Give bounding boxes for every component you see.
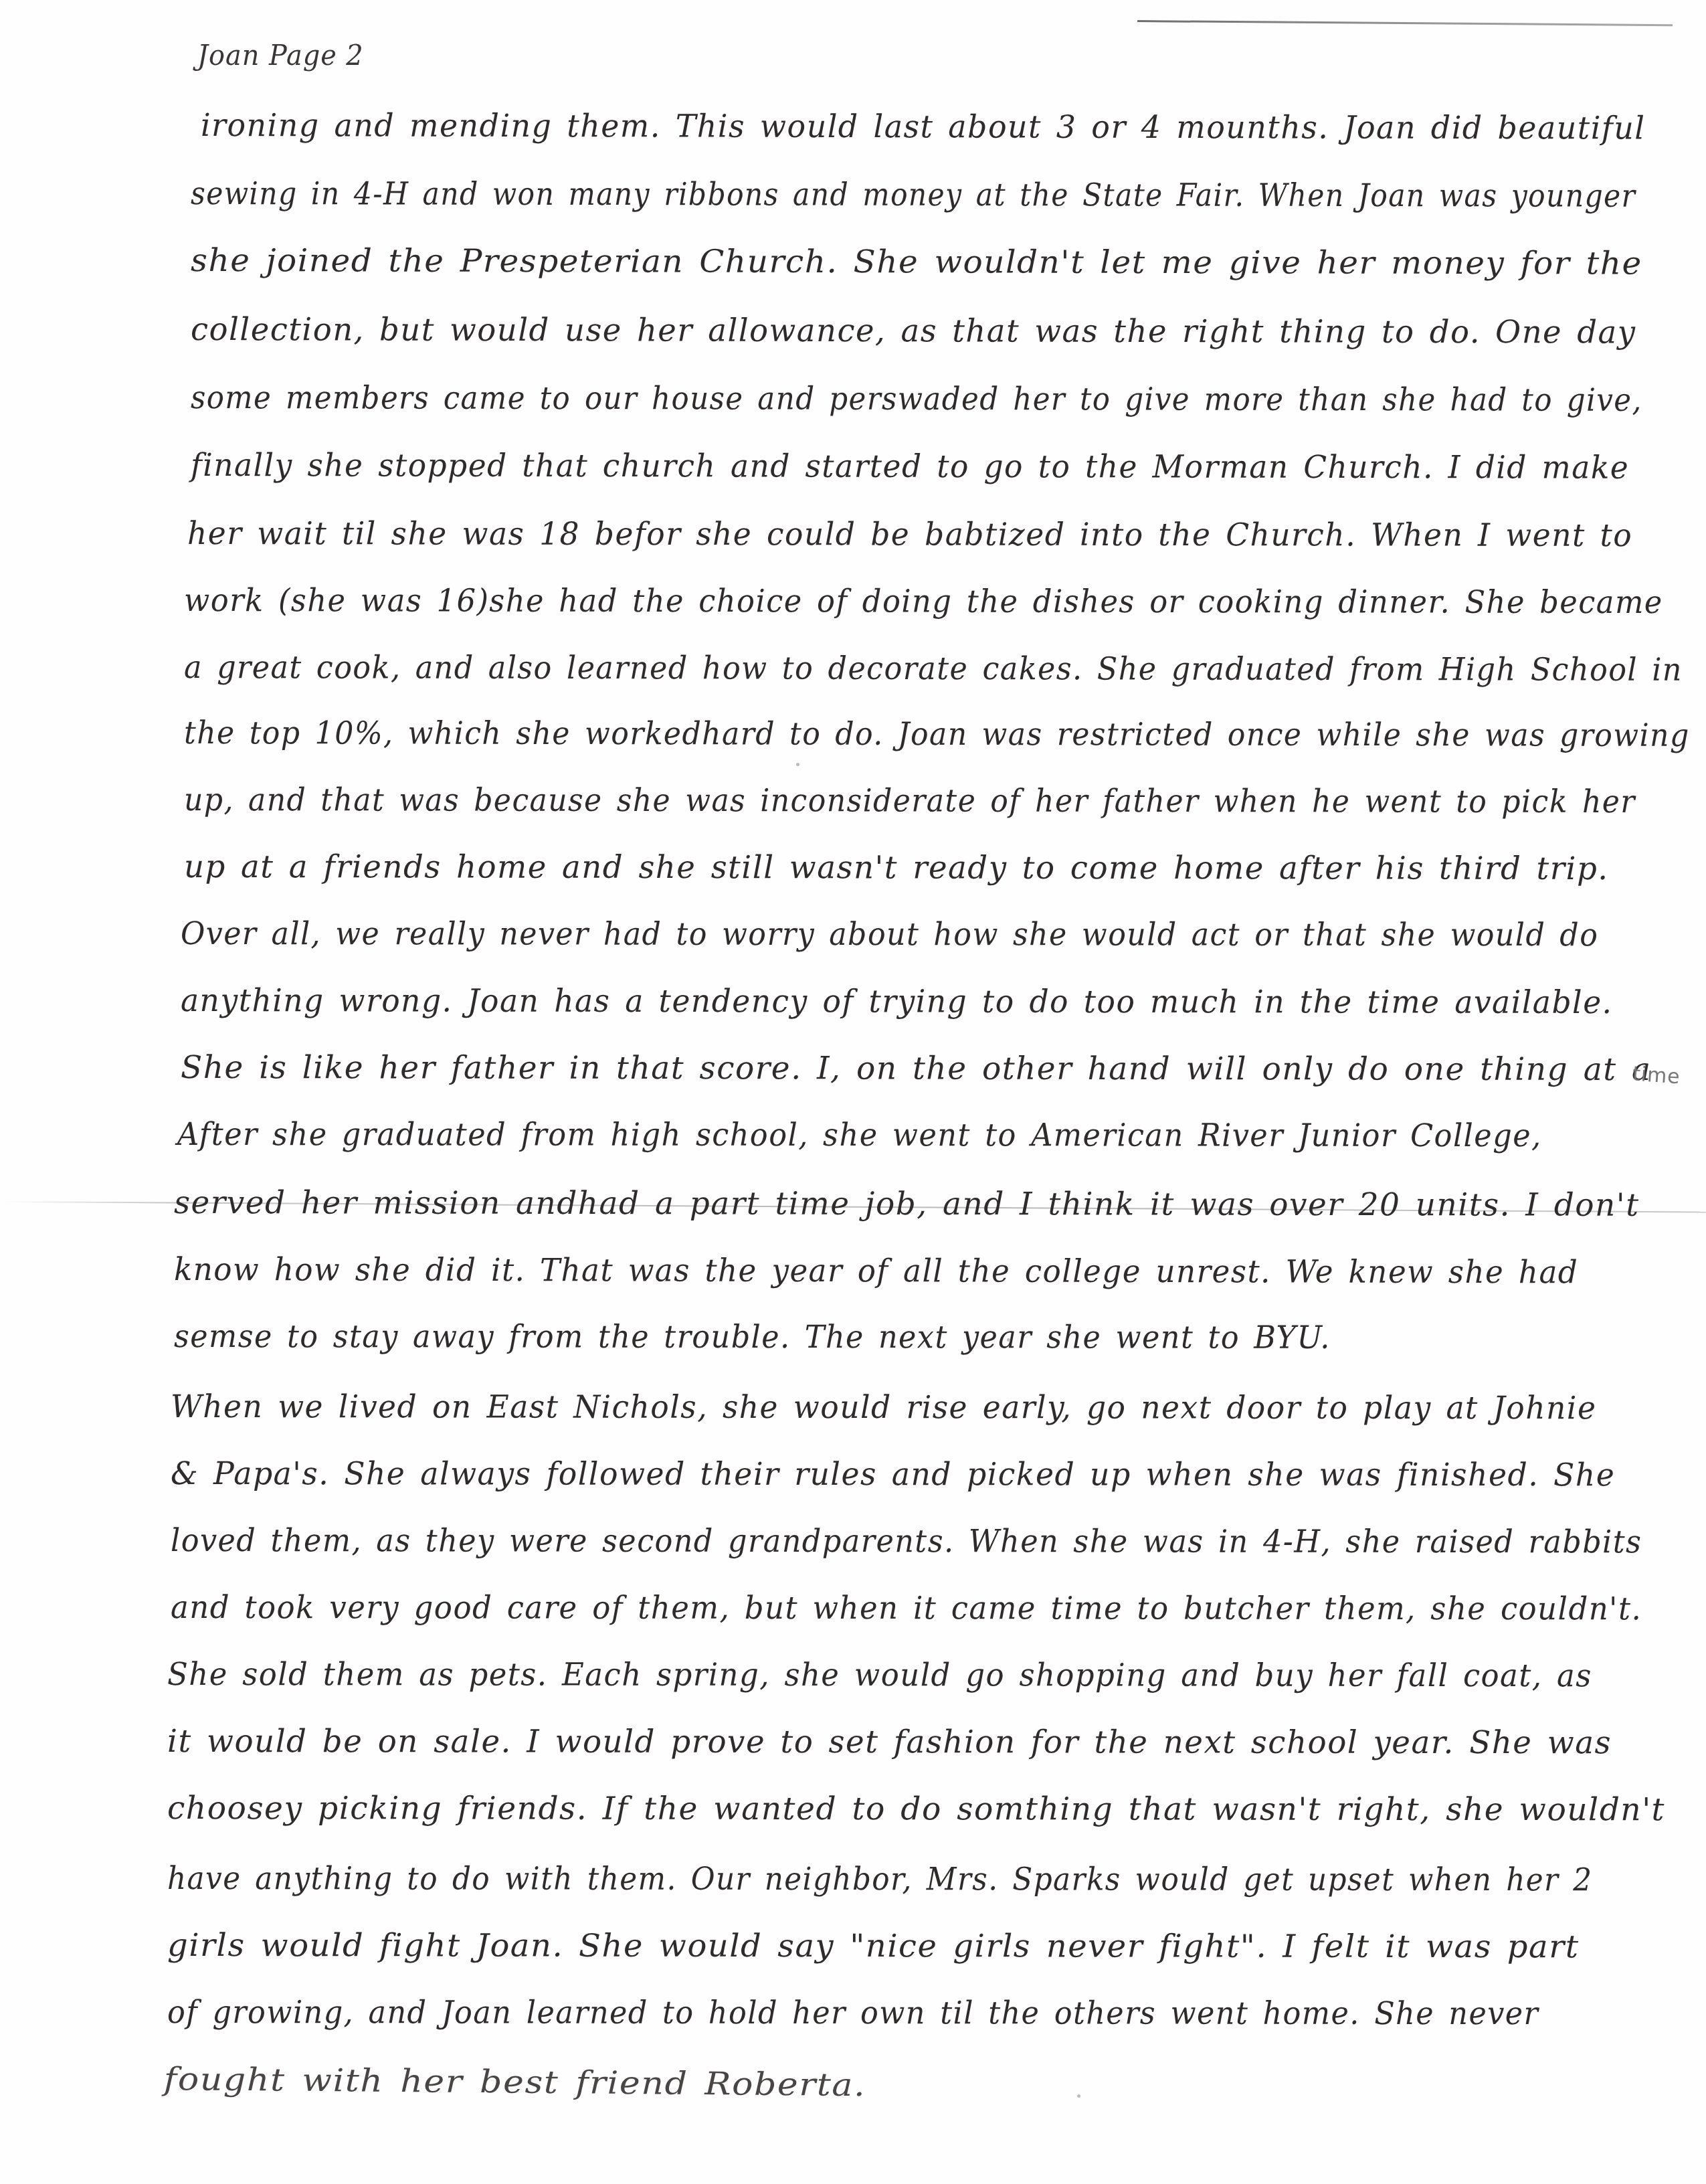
scan-speck xyxy=(1077,2094,1080,2098)
text-line: & Papa's. She always followed their rule… xyxy=(171,1455,1615,1493)
handwritten-margin-note: time xyxy=(1632,1063,1681,1089)
text-line: Over all, we really never had to worry a… xyxy=(181,915,1598,953)
text-line: up at a friends home and she still wasn'… xyxy=(184,848,1609,887)
text-line: fought with her best friend Roberta. xyxy=(164,2061,866,2104)
text-line: a great cook, and also learned how to de… xyxy=(184,649,1683,689)
page-header: Joan Page 2 xyxy=(197,39,364,72)
text-line: She is like her father in that score. I,… xyxy=(181,1049,1652,1088)
text-line: choosey picking friends. If the wanted t… xyxy=(167,1790,1665,1828)
text-line: have anything to do with them. Our neigh… xyxy=(167,1860,1593,1898)
text-line: up, and that was because she was inconsi… xyxy=(184,782,1636,820)
text-line: of growing, and Joan learned to hold her… xyxy=(167,1994,1539,2032)
scan-speck xyxy=(1007,1338,1010,1342)
text-line: She sold them as pets. Each spring, she … xyxy=(167,1656,1592,1694)
text-line: it would be on sale. I would prove to se… xyxy=(167,1723,1612,1761)
text-line: and took very good care of them, but whe… xyxy=(171,1589,1642,1627)
text-line: served her mission andhad a part time jo… xyxy=(174,1184,1640,1224)
text-line: sewing in 4-H and won many ribbons and m… xyxy=(191,175,1636,215)
text-line: After she graduated from high school, sh… xyxy=(177,1116,1542,1154)
text-line: finally she stopped that church and star… xyxy=(191,447,1629,486)
text-line: ironing and mending them. This would las… xyxy=(201,107,1646,147)
scan-speck xyxy=(796,763,799,766)
text-line: girls would fight Joan. She would say "n… xyxy=(167,1927,1580,1965)
text-line: semse to stay away from the trouble. The… xyxy=(174,1318,1331,1356)
text-line: her wait til she was 18 befor she could … xyxy=(187,515,1632,554)
text-line: work (she was 16)she had the choice of d… xyxy=(184,582,1663,621)
text-line: loved them, as they were second grandpar… xyxy=(171,1522,1642,1560)
text-line: the top 10%, which she workedhard to do.… xyxy=(184,715,1690,754)
scan-edge-line xyxy=(1137,20,1673,26)
text-line: some members came to our house and persw… xyxy=(191,379,1642,419)
text-line: she joined the Prespeterian Church. She … xyxy=(191,242,1642,282)
text-line: know how she did it. That was the year o… xyxy=(174,1251,1578,1291)
text-line: anything wrong. Joan has a tendency of t… xyxy=(181,982,1613,1021)
text-line: collection, but would use her allowance,… xyxy=(191,311,1636,351)
text-line: When we lived on East Nichols, she would… xyxy=(171,1388,1596,1427)
